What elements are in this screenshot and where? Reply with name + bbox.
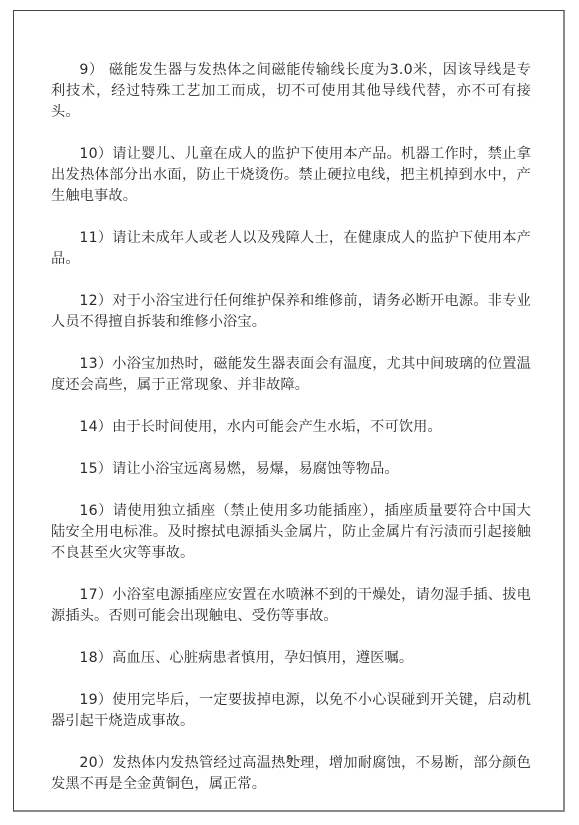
document-body: 9） 磁能发生器与发热体之间磁能传输线长度为3.0米，因该导线是专利技术，经过特… [51, 60, 531, 816]
page-number: – 9 – [0, 754, 579, 765]
paragraph-item-14: 14）由于长时间使用，水内可能会产生水垢，不可饮用。 [51, 417, 531, 438]
paragraph-item-12: 12）对于小浴宝进行任何维护保养和维修前，请务必断开电源。非专业人员不得擅自拆装… [51, 291, 531, 333]
paragraph-item-9: 9） 磁能发生器与发热体之间磁能传输线长度为3.0米，因该导线是专利技术，经过特… [51, 60, 531, 123]
paragraph-item-13: 13）小浴宝加热时，磁能发生器表面会有温度，尤其中间玻璃的位置温度还会高些，属于… [51, 354, 531, 396]
paragraph-item-19: 19）使用完毕后，一定要拔掉电源，以免不小心误碰到开关键，启动机器引起干烧造成事… [51, 690, 531, 732]
paragraph-item-10: 10）请让婴儿、儿童在成人的监护下使用本产品。机器工作时，禁止拿出发热体部分出水… [51, 144, 531, 207]
paragraph-item-18: 18）高血压、心脏病患者慎用，孕妇慎用，遵医嘱。 [51, 648, 531, 669]
paragraph-item-11: 11）请让未成年人或老人以及残障人士，在健康成人的监护下使用本产品。 [51, 228, 531, 270]
paragraph-item-16: 16）请使用独立插座（禁止使用多功能插座），插座质量要符合中国大陆安全用电标准。… [51, 501, 531, 564]
paragraph-item-15: 15）请让小浴宝远离易燃，易爆，易腐蚀等物品。 [51, 459, 531, 480]
paragraph-item-17: 17）小浴室电源插座应安置在水喷淋不到的干燥处，请勿湿手插、拔电源插头。否则可能… [51, 585, 531, 627]
